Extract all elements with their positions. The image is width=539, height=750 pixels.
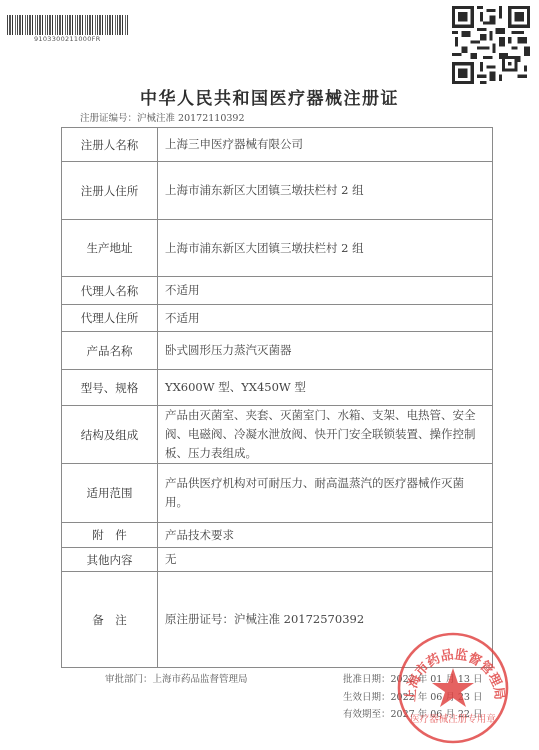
row-value: 产品技术要求 — [158, 523, 493, 548]
effective-date-label: 生效日期： — [343, 692, 391, 703]
registration-number: 注册证编号：沪械注准 20172110392 — [80, 110, 245, 124]
row-value: 上海市浦东新区大团镇三墩扶栏村 2 组 — [158, 220, 493, 277]
barcode-number: 9103300211000FR — [34, 35, 101, 43]
row-value: 卧式圆形压力蒸汽灭菌器 — [158, 332, 493, 370]
approval-department-value: 上海市药品监督管理局 — [153, 674, 248, 685]
row-label: 代理人名称 — [62, 277, 158, 305]
row-value: 上海三申医疗器械有限公司 — [158, 128, 493, 162]
row-label: 产品名称 — [62, 332, 158, 370]
row-label: 附 件 — [62, 523, 158, 548]
table-row: 适用范围产品供医疗机构对可耐压力、耐高温蒸汽的医疗器械作灭菌用。 — [62, 464, 493, 523]
row-label: 注册人名称 — [62, 128, 158, 162]
approval-date: 批准日期：2022 年 01 月 13 日 — [343, 671, 482, 689]
row-value: 上海市浦东新区大团镇三墩扶栏村 2 组 — [158, 162, 493, 220]
certificate-table: 注册人名称上海三申医疗器械有限公司 注册人住所上海市浦东新区大团镇三墩扶栏村 2… — [61, 127, 493, 668]
row-value: 产品供医疗机构对可耐压力、耐高温蒸汽的医疗器械作灭菌用。 — [158, 464, 493, 523]
table-row: 结构及组成产品由灭菌室、夹套、灭菌室门、水箱、支架、电热管、安全阀、电磁阀、冷凝… — [62, 406, 493, 464]
table-row: 其他内容无 — [62, 548, 493, 572]
row-label: 生产地址 — [62, 220, 158, 277]
expiry-date-label: 有效期至： — [343, 709, 391, 720]
barcode — [7, 15, 129, 35]
row-label: 代理人住所 — [62, 305, 158, 332]
expiry-date: 有效期至：2027 年 06 月 22 日 — [343, 706, 482, 724]
effective-date-value: 2022 年 06 月 23 日 — [391, 692, 483, 703]
approval-department: 审批部门：上海市药品监督管理局 — [105, 671, 248, 685]
row-label: 注册人住所 — [62, 162, 158, 220]
table-row: 注册人名称上海三申医疗器械有限公司 — [62, 128, 493, 162]
row-label: 型号、规格 — [62, 370, 158, 406]
table-row: 型号、规格YX600W 型、YX450W 型 — [62, 370, 493, 406]
row-value: 不适用 — [158, 305, 493, 332]
row-label: 适用范围 — [62, 464, 158, 523]
row-value: 不适用 — [158, 277, 493, 305]
table-row: 代理人住所不适用 — [62, 305, 493, 332]
row-label: 其他内容 — [62, 548, 158, 572]
table-row: 生产地址上海市浦东新区大团镇三墩扶栏村 2 组 — [62, 220, 493, 277]
row-value: 无 — [158, 548, 493, 572]
effective-date: 生效日期：2022 年 06 月 23 日 — [343, 689, 482, 707]
document-title: 中华人民共和国医疗器械注册证 — [0, 84, 539, 109]
table-row: 产品名称卧式圆形压力蒸汽灭菌器 — [62, 332, 493, 370]
approval-department-label: 审批部门： — [105, 674, 153, 685]
qr-code — [452, 6, 530, 84]
row-value: 原注册证号：沪械注准 20172570392 — [158, 572, 493, 668]
registration-number-value: 沪械注准 20172110392 — [137, 113, 245, 124]
table-row: 附 件产品技术要求 — [62, 523, 493, 548]
table-row: 注册人住所上海市浦东新区大团镇三墩扶栏村 2 组 — [62, 162, 493, 220]
table-row: 备 注原注册证号：沪械注准 20172570392 — [62, 572, 493, 668]
row-value: YX600W 型、YX450W 型 — [158, 370, 493, 406]
registration-number-label: 注册证编号： — [80, 113, 137, 124]
approval-date-value: 2022 年 01 月 13 日 — [391, 674, 483, 685]
row-value: 产品由灭菌室、夹套、灭菌室门、水箱、支架、电热管、安全阀、电磁阀、冷凝水泄放阀、… — [158, 406, 493, 464]
expiry-date-value: 2027 年 06 月 22 日 — [391, 709, 483, 720]
row-label: 备 注 — [62, 572, 158, 668]
dates-block: 批准日期：2022 年 01 月 13 日 生效日期：2022 年 06 月 2… — [343, 671, 482, 724]
table-row: 代理人名称不适用 — [62, 277, 493, 305]
row-label: 结构及组成 — [62, 406, 158, 464]
approval-date-label: 批准日期： — [343, 674, 391, 685]
